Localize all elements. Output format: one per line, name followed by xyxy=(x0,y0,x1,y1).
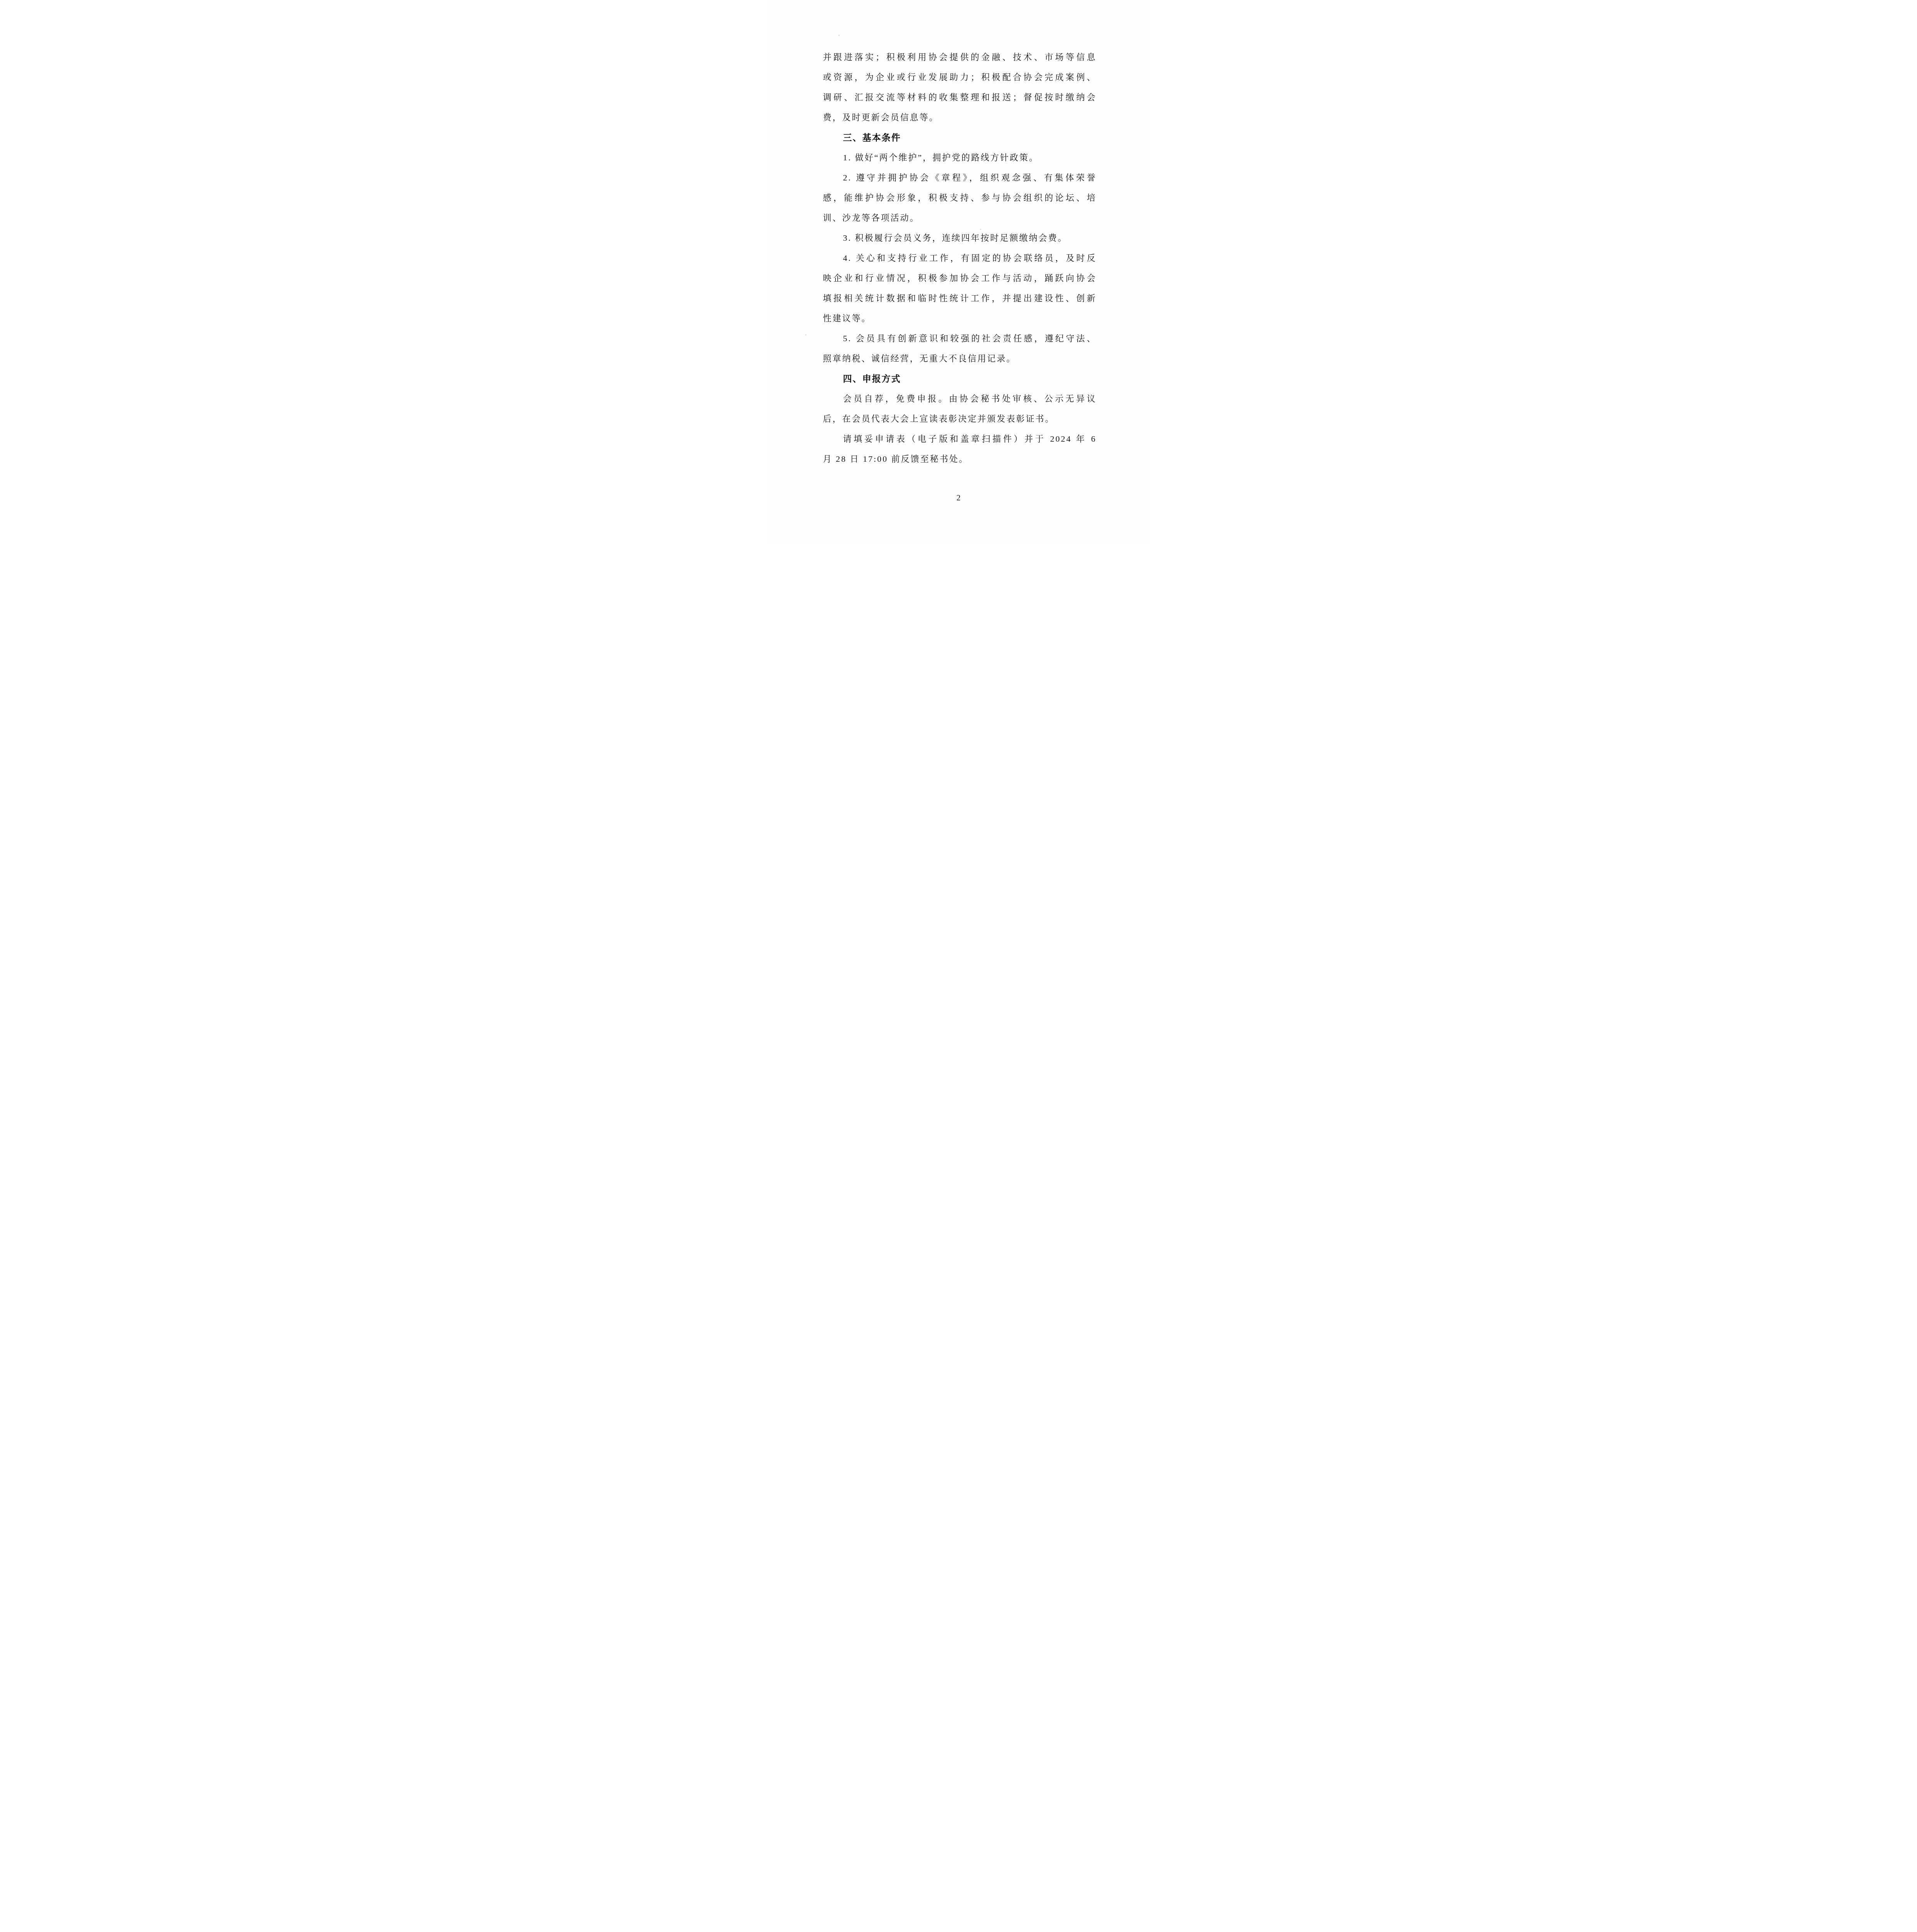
text-line: 请填妥申请表（电子版和盖章扫描件）并于 2024 年 6 xyxy=(823,429,1097,449)
document-page: 并跟进落实；积极利用协会提供的金融、技术、市场等信息或资源，为企业或行业发展助力… xyxy=(767,0,1150,542)
text-line: 填报相关统计数据和临时性统计工作，并提出建设性、创新 xyxy=(823,288,1097,308)
text-line: 后，在会员代表大会上宣读表彰决定并颁发表彰证书。 xyxy=(823,409,1097,429)
text-column: 并跟进落实；积极利用协会提供的金融、技术、市场等信息或资源，为企业或行业发展助力… xyxy=(823,47,1097,469)
text-line: 5. 会员具有创新意识和较强的社会责任感，遵纪守法、 xyxy=(823,328,1097,349)
text-line: 训、沙龙等各项活动。 xyxy=(823,208,1097,228)
text-line: 性建议等。 xyxy=(823,308,1097,328)
text-line: 月 28 日 17:00 前反馈至秘书处。 xyxy=(823,449,1097,469)
text-line: 2. 遵守并拥护协会《章程》，组织观念强、有集体荣誉 xyxy=(823,168,1097,188)
text-line: 费，及时更新会员信息等。 xyxy=(823,107,1097,128)
text-line: 调研、汇报交流等材料的收集整理和报送；督促按时缴纳会 xyxy=(823,87,1097,107)
scan-speck xyxy=(805,334,806,335)
section-heading: 三、基本条件 xyxy=(823,128,1097,148)
scan-speck xyxy=(839,35,840,36)
page-number: 2 xyxy=(767,492,1150,504)
text-line: 照章纳税、诚信经营，无重大不良信用记录。 xyxy=(823,349,1097,369)
text-line: 会员自荐，免费申报。由协会秘书处审核、公示无异议 xyxy=(823,389,1097,409)
text-line: 或资源，为企业或行业发展助力；积极配合协会完成案例、 xyxy=(823,67,1097,87)
text-line: 并跟进落实；积极利用协会提供的金融、技术、市场等信息 xyxy=(823,47,1097,67)
text-line: 感，能维护协会形象，积极支持、参与协会组织的论坛、培 xyxy=(823,188,1097,208)
text-line: 4. 关心和支持行业工作，有固定的协会联络员，及时反 xyxy=(823,248,1097,268)
section-heading: 四、申报方式 xyxy=(823,369,1097,389)
text-line: 3. 积极履行会员义务，连续四年按时足额缴纳会费。 xyxy=(823,228,1097,248)
text-line: 映企业和行业情况，积极参加协会工作与活动，踊跃向协会 xyxy=(823,268,1097,288)
text-line: 1. 做好“两个维护”，拥护党的路线方针政策。 xyxy=(823,148,1097,168)
